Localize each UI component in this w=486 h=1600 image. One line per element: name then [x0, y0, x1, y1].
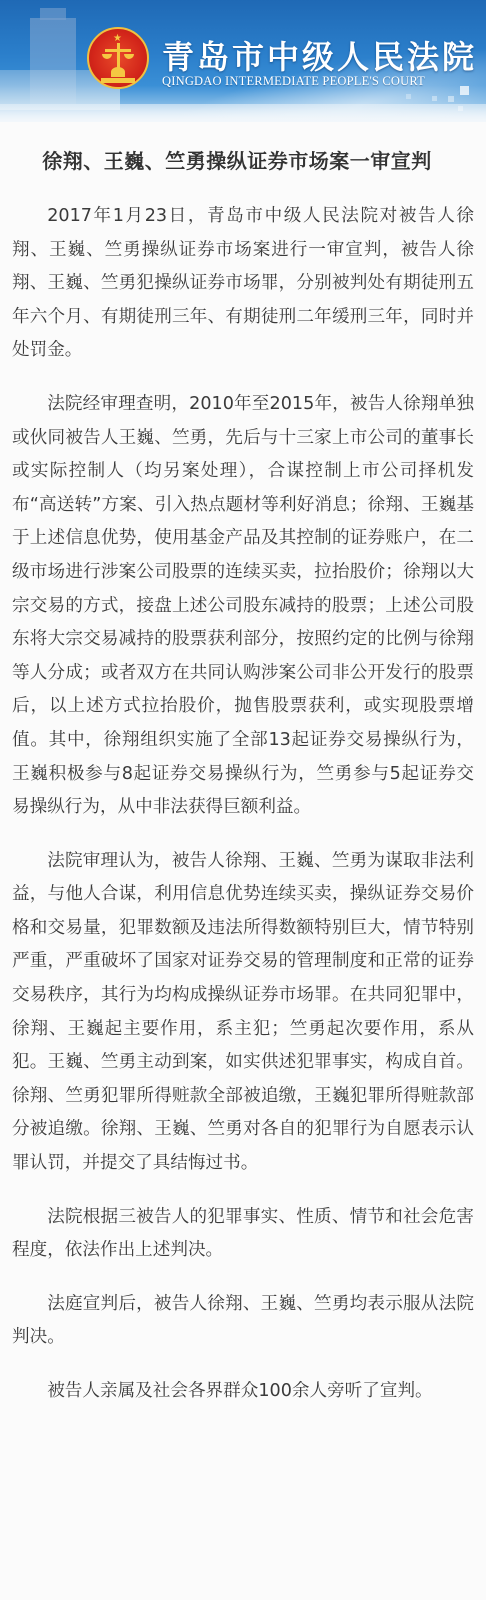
court-name-cn: 青岛市中级人民法院	[162, 32, 477, 78]
article-title: 徐翔、王巍、竺勇操纵证券市场案一审宣判	[12, 146, 474, 176]
court-name-en: QINGDAO INTERMEDIATE PEOPLE'S COURT	[162, 74, 425, 89]
paragraph-facts: 法院经审理查明，2010年至2015年，被告人徐翔单独或伙同被告人王巍、竺勇，先…	[12, 388, 474, 825]
paragraph-judgment-basis: 法院根据三被告人的犯罪事实、性质、情节和社会危害程度，依法作出上述判决。	[12, 1201, 474, 1268]
paragraph-verdict-summary: 2017年1月23日，青岛市中级人民法院对被告人徐翔、王巍、竺勇操纵证券市场案进…	[12, 200, 474, 368]
article-body: 徐翔、王巍、竺勇操纵证券市场案一审宣判 2017年1月23日，青岛市中级人民法院…	[0, 146, 474, 1409]
paragraph-defendants-response: 法庭宣判后，被告人徐翔、王巍、竺勇均表示服从法院判决。	[12, 1288, 474, 1355]
paragraph-audience: 被告人亲属及社会各界群众100余人旁听了宣判。	[12, 1375, 474, 1409]
court-emblem-icon: ★	[87, 27, 149, 89]
court-header-banner: ★ 青岛市中级人民法院 QINGDAO INTERMEDIATE PEOPLE'…	[0, 0, 486, 122]
banner-ground	[0, 104, 486, 122]
paragraph-court-finding: 法院审理认为，被告人徐翔、王巍、竺勇为谋取非法利益，与他人合谋，利用信息优势连续…	[12, 845, 474, 1181]
